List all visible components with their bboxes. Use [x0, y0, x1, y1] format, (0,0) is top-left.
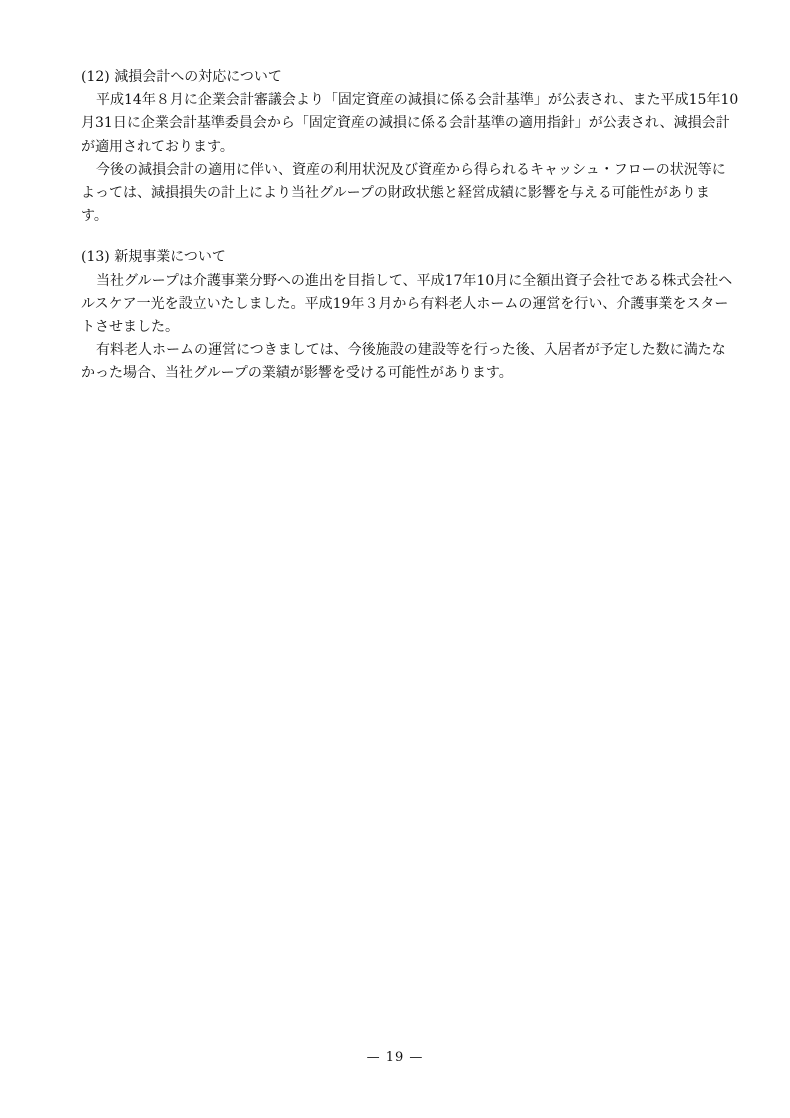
document-page: (12) 減損会計への対応について 平成14年８月に企業会計審議会より「固定資産…: [0, 0, 790, 1118]
paragraph-line: トさせました。: [81, 316, 715, 339]
paragraph-line: 平成14年８月に企業会計審議会より「固定資産の減損に係る会計基準」が公表され、ま…: [81, 89, 715, 112]
section-13: (13) 新規事業について 当社グループは介護事業分野への進出を目指して、平成1…: [81, 246, 715, 385]
paragraph: 当社グループは介護事業分野への進出を目指して、平成17年10月に全額出資子会社で…: [81, 270, 715, 340]
paragraph: 有料老人ホームの運営につきましては、今後施設の建設等を行った後、入居者が予定した…: [81, 339, 715, 385]
paragraph-line: かった場合、当社グループの業績が影響を受ける可能性があります。: [81, 362, 715, 385]
paragraph-line: 有料老人ホームの運営につきましては、今後施設の建設等を行った後、入居者が予定した…: [81, 339, 715, 362]
page-number: — 19 —: [0, 1048, 790, 1068]
paragraph-line: が適用されております。: [81, 136, 715, 159]
paragraph-line: す。: [81, 205, 715, 228]
paragraph-line: 今後の減損会計の適用に伴い、資産の利用状況及び資産から得られるキャッシュ・フロー…: [81, 159, 715, 182]
document-body: (12) 減損会計への対応について 平成14年８月に企業会計審議会より「固定資産…: [81, 66, 715, 386]
section-12: (12) 減損会計への対応について 平成14年８月に企業会計審議会より「固定資産…: [81, 66, 715, 228]
paragraph-line: よっては、減損損失の計上により当社グループの財政状態と経営成績に影響を与える可能…: [81, 182, 715, 205]
paragraph: 平成14年８月に企業会計審議会より「固定資産の減損に係る会計基準」が公表され、ま…: [81, 89, 715, 159]
paragraph: 今後の減損会計の適用に伴い、資産の利用状況及び資産から得られるキャッシュ・フロー…: [81, 159, 715, 229]
paragraph-line: 当社グループは介護事業分野への進出を目指して、平成17年10月に全額出資子会社で…: [81, 270, 715, 293]
paragraph-line: ルスケア一光を設立いたしました。平成19年３月から有料老人ホームの運営を行い、介…: [81, 293, 715, 316]
section-heading: (12) 減損会計への対応について: [81, 66, 715, 89]
paragraph-line: 月31日に企業会計基準委員会から「固定資産の減損に係る会計基準の適用指針」が公表…: [81, 112, 715, 135]
section-heading: (13) 新規事業について: [81, 246, 715, 269]
